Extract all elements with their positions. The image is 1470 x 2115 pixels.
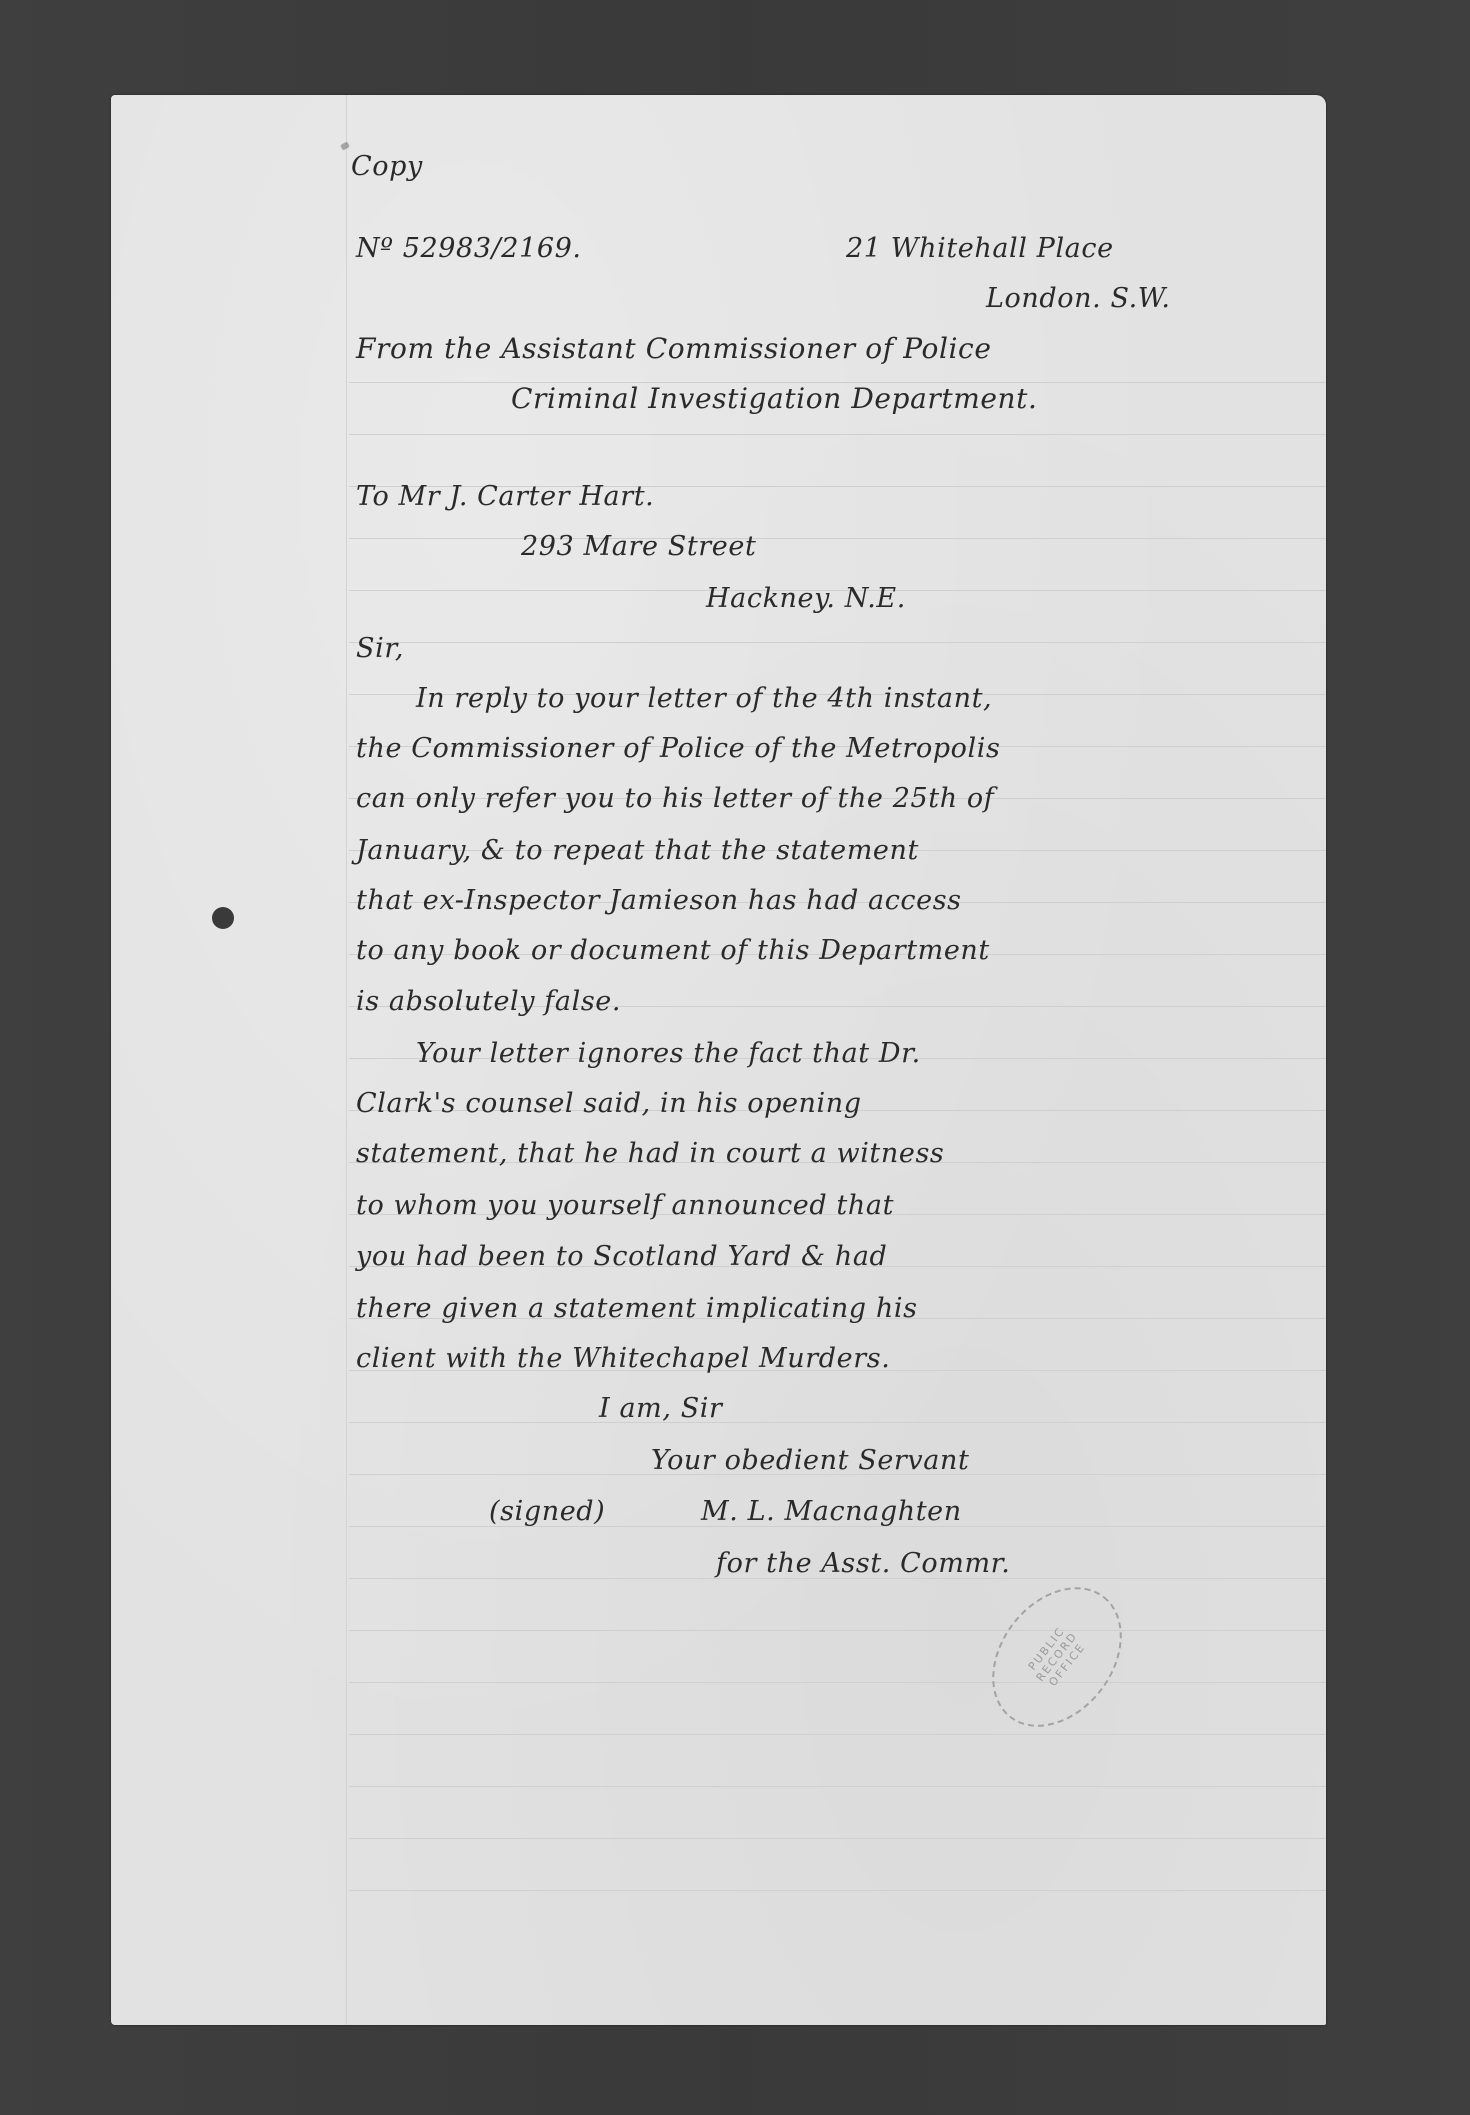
- from-line-1: From the Assistant Commissioner of Polic…: [356, 335, 992, 363]
- body-line: can only refer you to his letter of the …: [356, 785, 994, 812]
- signed-label: (signed): [489, 1498, 605, 1525]
- ink-blot: [340, 141, 350, 150]
- body-line: to any book or document of this Departme…: [356, 937, 990, 964]
- signatory-title: for the Asst. Commr.: [716, 1550, 1010, 1577]
- body-line: Your letter ignores the fact that Dr.: [416, 1040, 921, 1067]
- from-line-2: Criminal Investigation Department.: [511, 385, 1038, 413]
- body-line: you had been to Scotland Yard & had: [356, 1243, 887, 1270]
- recipient-district: Hackney. N.E.: [706, 585, 906, 612]
- body-line: to whom you yourself announced that: [356, 1192, 894, 1219]
- body-line: January, & to repeat that the statement: [356, 837, 919, 864]
- sender-address-line-2: London. S.W.: [986, 285, 1171, 312]
- signatory-name: M. L. Macnaghten: [701, 1498, 962, 1525]
- body-line: there given a statement implicating his: [356, 1295, 918, 1322]
- copy-mark: Copy: [351, 153, 423, 180]
- margin-line: [346, 95, 347, 2025]
- stamp-text: PUBLIC RECORD OFFICE: [1008, 1602, 1106, 1711]
- body-line: client with the Whitechapel Murders.: [356, 1345, 890, 1372]
- reference-number: Nº 52983/2169.: [356, 235, 582, 262]
- sender-address-line-1: 21 Whitehall Place: [846, 235, 1114, 262]
- body-line: In reply to your letter of the 4th insta…: [416, 685, 992, 712]
- ruled-lines: [349, 331, 1326, 1935]
- letter-page: Copy Nº 52983/2169. 21 Whitehall Place L…: [111, 95, 1326, 2025]
- punch-hole: [212, 907, 234, 929]
- body-line: statement, that he had in court a witnes…: [356, 1140, 944, 1167]
- body-line: is absolutely false.: [356, 988, 621, 1015]
- closing-line-1: I am, Sir: [599, 1395, 723, 1422]
- closing-line-2: Your obedient Servant: [651, 1447, 969, 1474]
- recipient-name: To Mr J. Carter Hart.: [356, 483, 654, 510]
- salutation: Sir,: [356, 635, 404, 662]
- body-line: Clark's counsel said, in his opening: [356, 1090, 862, 1117]
- recipient-street: 293 Mare Street: [521, 533, 756, 560]
- body-line: the Commissioner of Police of the Metrop…: [356, 735, 1000, 762]
- body-line: that ex-Inspector Jamieson has had acces…: [356, 887, 962, 914]
